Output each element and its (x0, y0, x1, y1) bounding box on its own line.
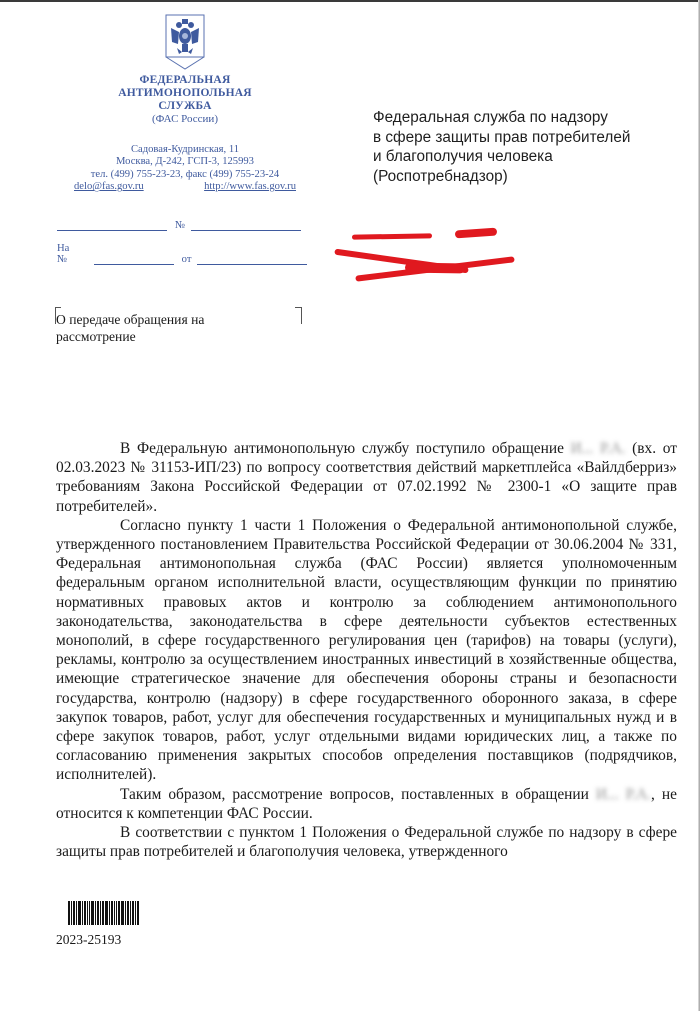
body-paragraph-4: В соответствии с пунктом 1 Положения о Ф… (56, 823, 677, 861)
address-street: Садовая-Кудринская, 11 (60, 144, 310, 156)
p1-text-start: В Федеральную антимонопольную службу пос… (120, 440, 571, 457)
org-address: Садовая-Кудринская, 11 Москва, Д-242, ГС… (60, 144, 310, 181)
document-number: 2023-25193 (56, 932, 121, 948)
date-label: от (182, 254, 192, 265)
phone-fax: тел. (499) 755-23-23, факс (499) 755-23-… (60, 169, 310, 181)
subject-line2: рассмотрение (56, 328, 301, 345)
in-reply-date-field (197, 252, 307, 265)
redacted-name: И... Р.А. (571, 440, 626, 457)
body-paragraph-1: В Федеральную антимонопольную службу пос… (56, 439, 677, 516)
russian-coat-of-arms-icon (165, 14, 205, 70)
p3-text-start: Таким образом, рассмотрение вопросов, по… (120, 786, 596, 803)
recipient-line4: (Роспотребнадзор) (373, 167, 673, 187)
email-link[interactable]: delo@fas.gov.ru (74, 181, 144, 193)
letter-body: В Федеральную антимонопольную службу пос… (56, 439, 677, 861)
org-name-line2: АНТИМОНОПОЛЬНАЯ (60, 87, 310, 100)
outgoing-number-field (191, 218, 301, 231)
recipient-line3: и благополучия человека (373, 147, 673, 167)
org-short-name: (ФАС России) (60, 113, 310, 126)
in-reply-number-field (94, 252, 174, 265)
recipient-line2: в сфере защиты прав потребителей (373, 128, 673, 148)
page-top-edge (0, 0, 700, 2)
website-link[interactable]: http://www.fas.gov.ru (204, 181, 296, 193)
redacted-name: И... Р.А. (596, 786, 651, 803)
redaction-mark (352, 233, 432, 239)
redaction-mark (455, 228, 497, 239)
in-reply-label: На № (57, 243, 82, 265)
org-name: ФЕДЕРАЛЬНАЯ АНТИМОНОПОЛЬНАЯ СЛУЖБА (60, 74, 310, 113)
subject-block: О передаче обращения на рассмотрение (56, 311, 301, 345)
org-name-line1: ФЕДЕРАЛЬНАЯ (60, 74, 310, 87)
org-name-line3: СЛУЖБА (60, 100, 310, 113)
number-label: № (175, 220, 185, 231)
recipient-line1: Федеральная служба по надзору (373, 108, 673, 128)
subject-line1: О передаче обращения на (56, 311, 301, 328)
outgoing-number-row: № (57, 218, 307, 231)
letterhead: ФЕДЕРАЛЬНАЯ АНТИМОНОПОЛЬНАЯ СЛУЖБА (ФАС … (60, 14, 310, 194)
outgoing-date-field (57, 218, 167, 231)
body-paragraph-2: Согласно пункту 1 части 1 Положения о Фе… (56, 516, 677, 785)
recipient-block: Федеральная служба по надзору в сфере за… (373, 108, 673, 186)
redaction-mark (405, 262, 465, 273)
contacts-row: delo@fas.gov.ru http://www.fas.gov.ru (60, 181, 310, 193)
body-paragraph-3: Таким образом, рассмотрение вопросов, по… (56, 785, 677, 823)
address-city: Москва, Д-242, ГСП-3, 125993 (60, 156, 310, 168)
barcode-icon (68, 901, 146, 925)
in-reply-row: На № от (57, 243, 307, 265)
